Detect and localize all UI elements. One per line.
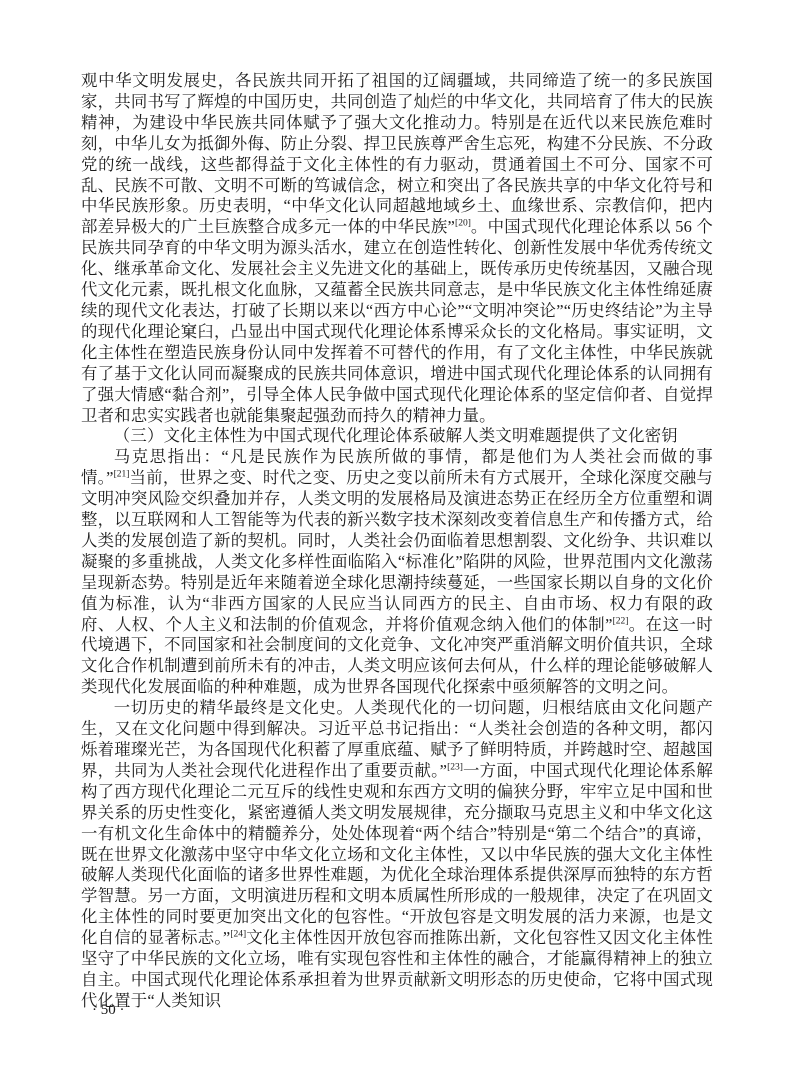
text-segment: 一方面，中国式现代化理论体系解构了西方现代化理论二元互斥的线性史观和东西方文明的… — [81, 761, 713, 947]
text-segment: 当前，世界之变、时代之变、历史之变以前所未有方式展开，全球化深度交融与文明冲突风… — [81, 468, 713, 633]
text-segment: 。中国式现代化理论体系以 56 个民族共同孕育的中华文明为源头活水，建立在创造性… — [81, 217, 713, 424]
text-segment: 观中华文明发展史，各民族共同开拓了祖国的辽阔疆域，共同缔造了统一的多民族国家，共… — [81, 71, 713, 236]
citation-ref-24: [24] — [230, 930, 246, 940]
paragraph-marx-quote: 马克思指出：“凡是民族作为民族所做的事情，都是他们为人类社会而做的事情。”[21… — [81, 447, 713, 698]
page-number: · 50 · — [92, 1002, 125, 1019]
paragraph-continuation: 观中华文明发展史，各民族共同开拓了祖国的辽阔疆域，共同缔造了统一的多民族国家，共… — [81, 71, 713, 426]
citation-ref-22: [22] — [613, 616, 629, 626]
section-heading-3: （三）文化主体性为中国式现代化理论体系破解人类文明难题提供了文化密钥 — [81, 426, 713, 447]
citation-ref-20: [20] — [455, 219, 471, 229]
heading-text: （三）文化主体性为中国式现代化理论体系破解人类文明难题提供了文化密钥 — [114, 426, 678, 445]
page-body-text: 观中华文明发展史，各民族共同开拓了祖国的辽阔疆域，共同缔造了统一的多民族国家，共… — [81, 71, 713, 1012]
document-page: 观中华文明发展史，各民族共同开拓了祖国的辽阔疆域，共同缔造了统一的多民族国家，共… — [0, 0, 793, 1077]
citation-ref-21: [21] — [114, 470, 130, 480]
citation-ref-23: [23] — [447, 762, 463, 772]
paragraph-culture-history: 一切历史的精华最终是文化史。人类现代化的一切问题，归根结底由文化问题产生，又在文… — [81, 698, 713, 1012]
